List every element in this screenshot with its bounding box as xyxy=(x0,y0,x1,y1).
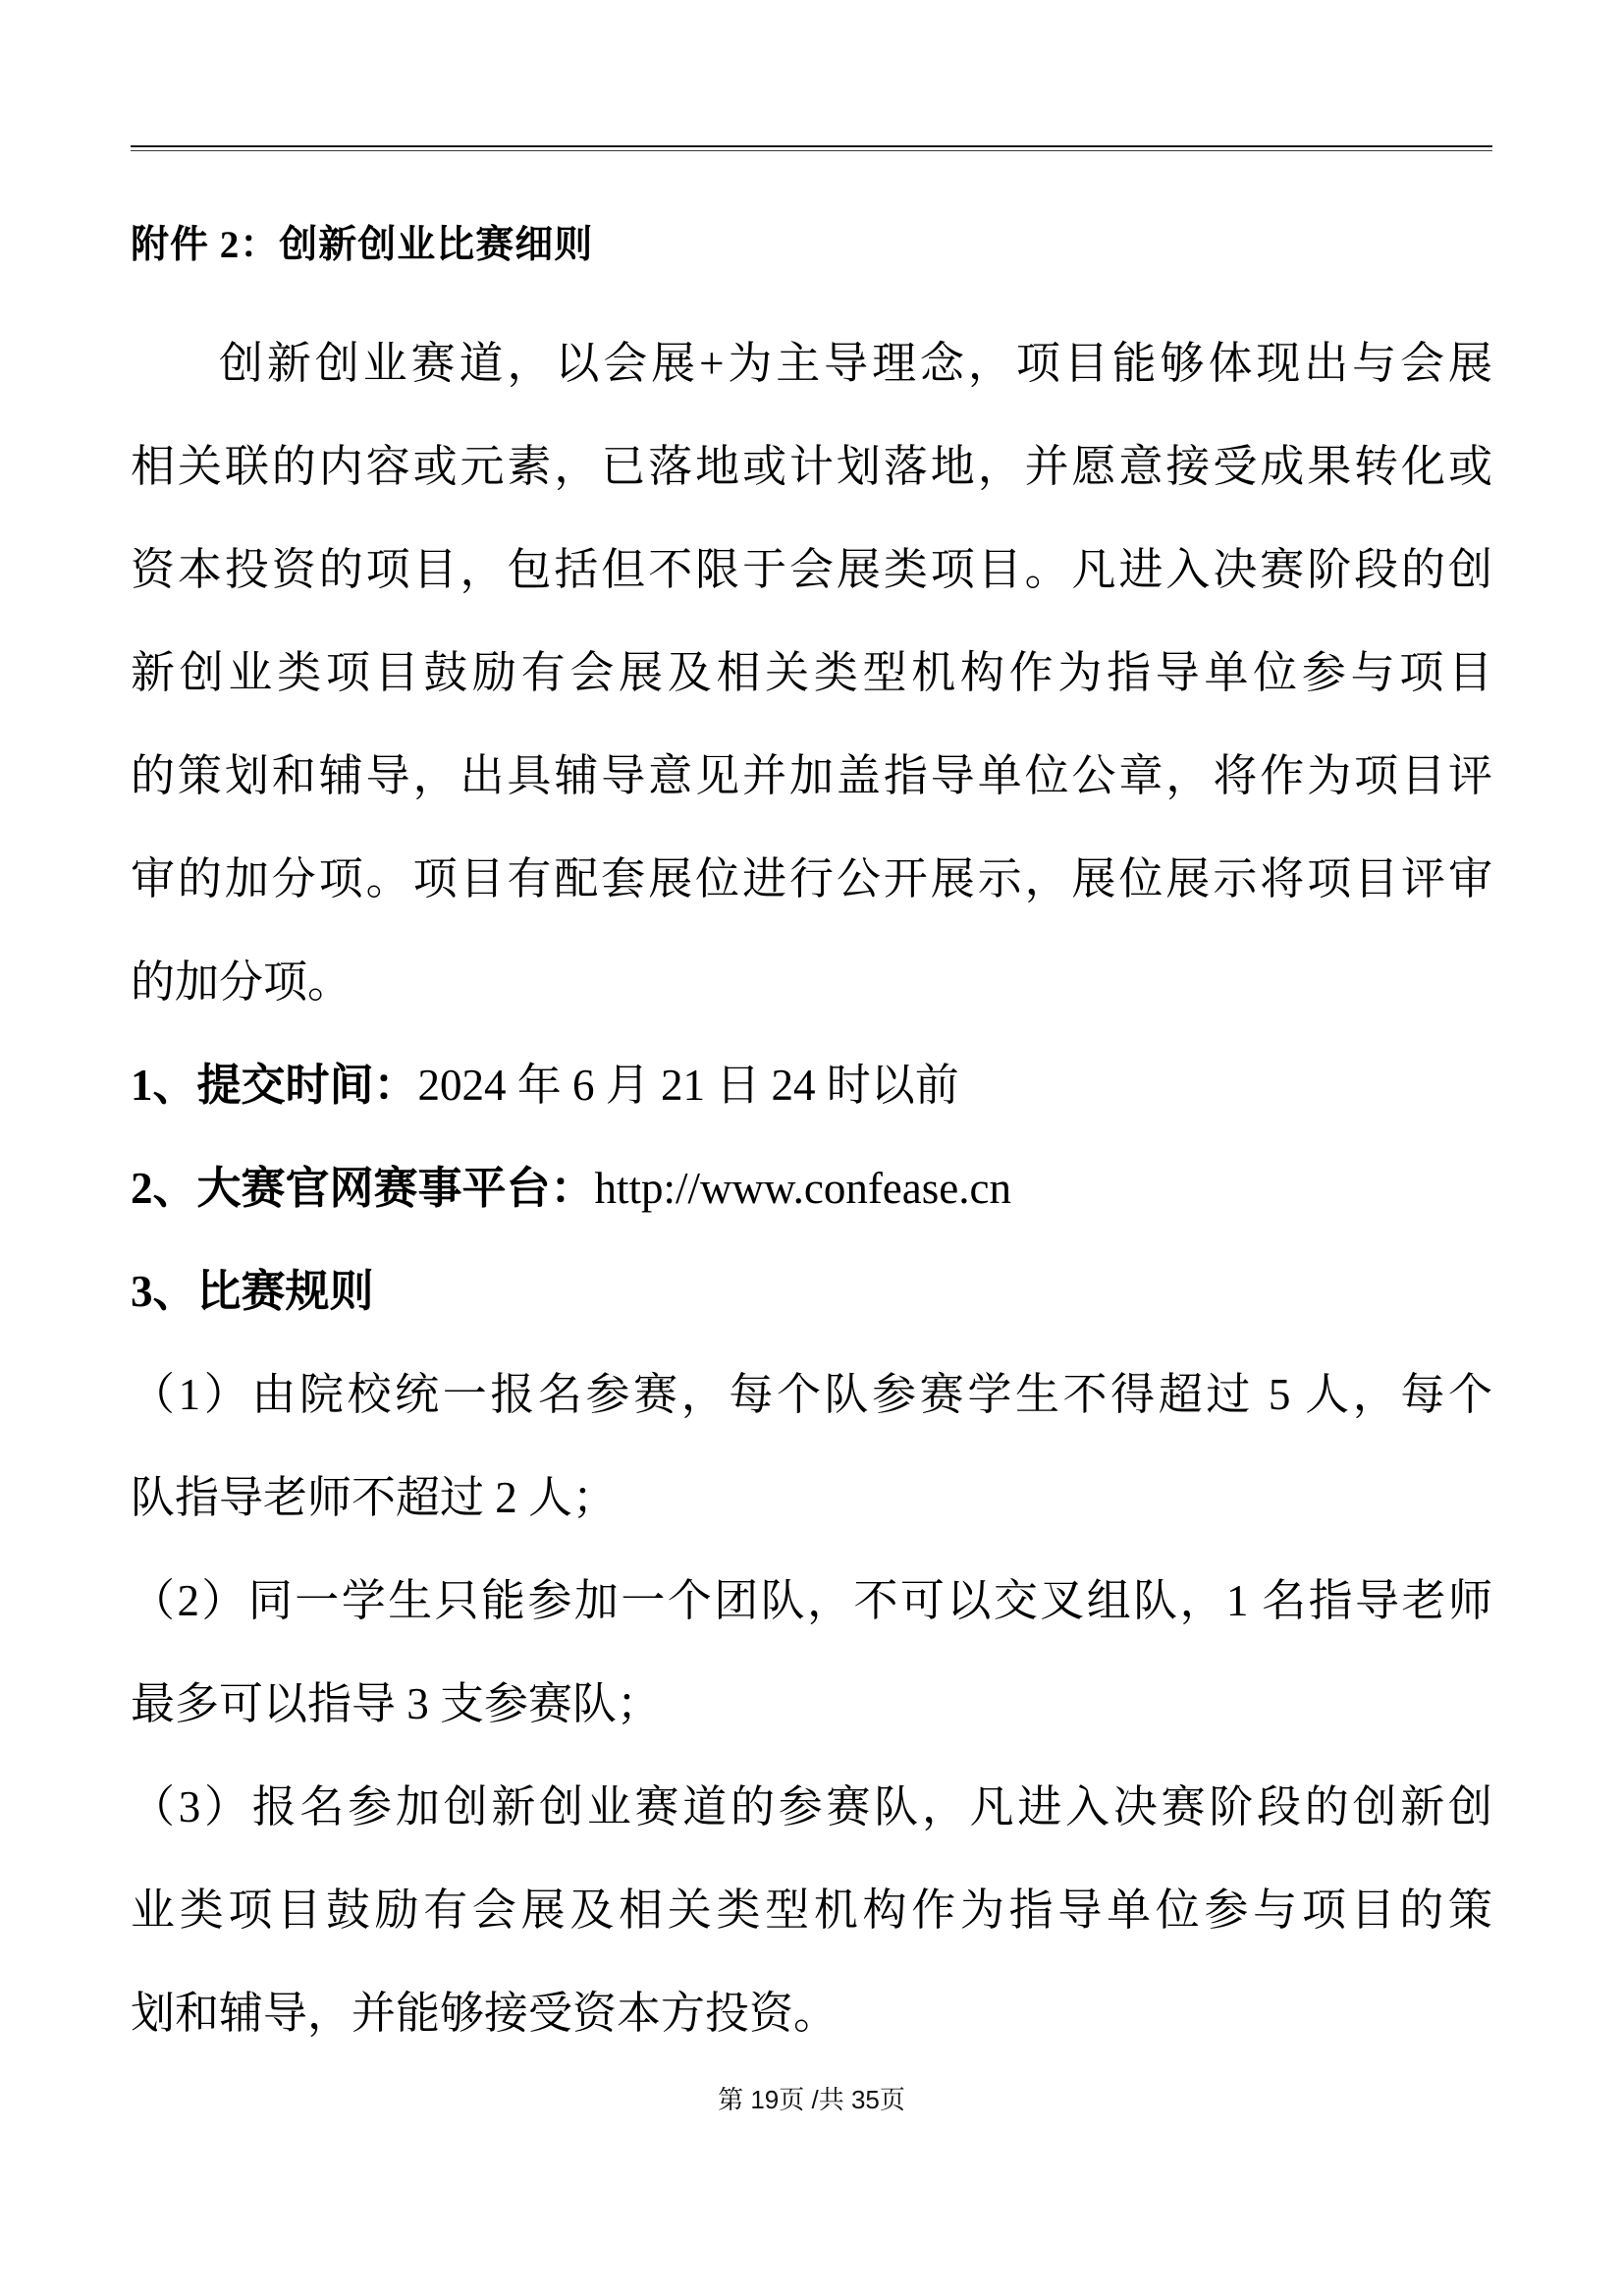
rule-line: （2）同一学生只能参加一个团队，不可以交叉组队，1 名指导老师 xyxy=(131,1550,1492,1653)
paragraph-line: 新创业类项目鼓励有会展及相关类型机构作为指导单位参与项目 xyxy=(131,622,1492,725)
paragraph-line: 审的加分项。项目有配套展位进行公开展示，展位展示将项目评审 xyxy=(131,828,1492,931)
paragraph-line: 相关联的内容或元素，已落地或计划落地，并愿意接受成果转化或 xyxy=(131,415,1492,519)
paragraph-line: 的策划和辅导，出具辅导意见并加盖指导单位公章，将作为项目评 xyxy=(131,725,1492,828)
paragraph-line: 资本投资的项目，包括但不限于会展类项目。凡进入决赛阶段的创 xyxy=(131,519,1492,622)
rule-line: 最多可以指导 3 支参赛队； xyxy=(131,1653,1492,1756)
rule-line: 业类项目鼓励有会展及相关类型机构作为指导单位参与项目的策 xyxy=(131,1859,1492,1962)
list-item-label: 1、提交时间： xyxy=(131,1061,418,1110)
paragraph-line: 的加分项。 xyxy=(131,931,1492,1034)
paragraph-line: 创新创业赛道，以会展+为主导理念，项目能够体现出与会展 xyxy=(131,312,1492,415)
document-body: 创新创业赛道，以会展+为主导理念，项目能够体现出与会展 相关联的内容或元素，已落… xyxy=(131,312,1492,2065)
attachment-title: 附件 2：创新创业比赛细则 xyxy=(131,214,593,269)
list-item-value: 2024 年 6 月 21 日 24 时以前 xyxy=(418,1061,959,1110)
rule-line: （1）由院校统一报名参赛，每个队参赛学生不得超过 5 人，每个 xyxy=(131,1343,1492,1447)
document-page: 附件 2：创新创业比赛细则 创新创业赛道，以会展+为主导理念，项目能够体现出与会… xyxy=(0,0,1623,2296)
list-item-label: 3、比赛规则 xyxy=(131,1267,374,1316)
page-footer: 第 19页 /共 35页 xyxy=(0,2080,1623,2116)
rule-line: （3）报名参加创新创业赛道的参赛队，凡进入决赛阶段的创新创 xyxy=(131,1756,1492,1859)
rule-line: 划和辅导，并能够接受资本方投资。 xyxy=(131,1962,1492,2065)
list-item-rules-heading: 3、比赛规则 xyxy=(131,1240,1492,1343)
list-item-label: 2、大赛官网赛事平台： xyxy=(131,1164,595,1213)
list-item-submission-time: 1、提交时间：2024 年 6 月 21 日 24 时以前 xyxy=(131,1034,1492,1137)
platform-url: http://www.confease.cn xyxy=(595,1164,1011,1213)
header-rule xyxy=(131,145,1492,151)
rule-line: 队指导老师不超过 2 人； xyxy=(131,1447,1492,1550)
page-number: 第 19页 /共 35页 xyxy=(718,2085,905,2114)
list-item-platform: 2、大赛官网赛事平台：http://www.confease.cn xyxy=(131,1137,1492,1240)
